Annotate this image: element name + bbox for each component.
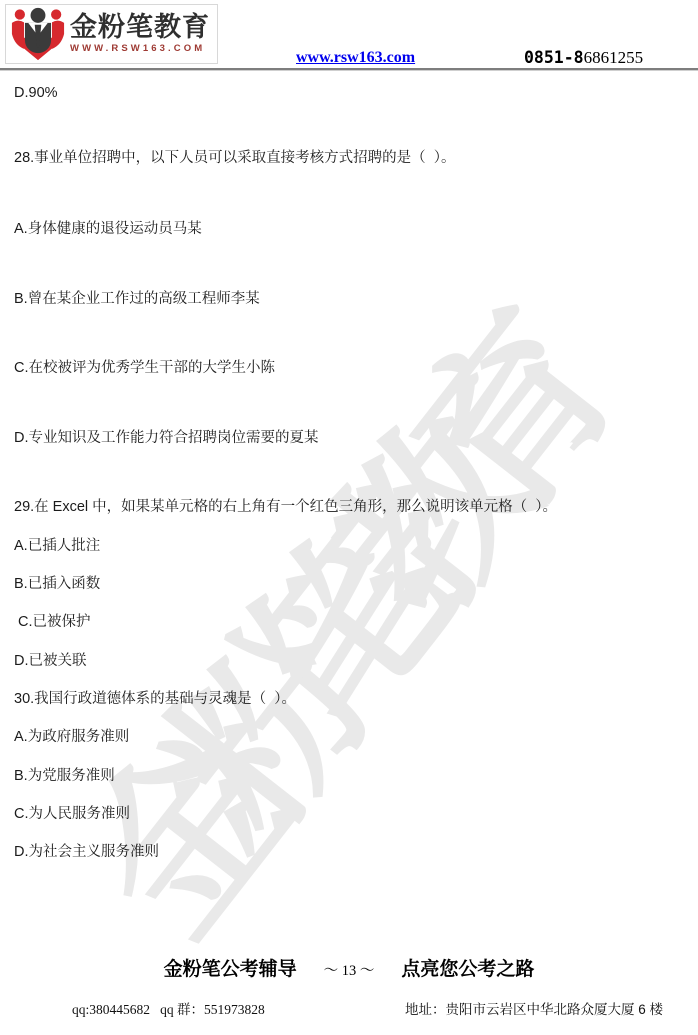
answer-option: D.90% <box>14 85 58 102</box>
footer-page-number: ～ 13 ～ <box>324 959 375 980</box>
footer-main: 金粉笔公考辅导 ～ 13 ～ 点亮您公考之路 <box>0 954 698 981</box>
question-prompt: 30.我国行政道德体系的基础与灵魂是（ ）。 <box>14 691 296 708</box>
phone-number-bold: 0851-8 <box>524 48 584 67</box>
brand-logo-icon <box>10 7 66 61</box>
answer-option: B.曾在某企业工作过的高级工程师李某 <box>14 291 260 308</box>
answer-option: A.身体健康的退役运动员马某 <box>14 221 202 238</box>
answer-option: C.为人民服务准则 <box>14 806 130 823</box>
answer-option: B.为党服务准则 <box>14 768 115 785</box>
footer-qq-contacts: qq:380445682 qq 群：551973828 <box>72 998 265 1018</box>
footer-brand: 金粉笔公考辅导 <box>164 954 297 981</box>
website-link[interactable]: www.rsw163.com <box>296 50 415 66</box>
answer-option: C.已被保护 <box>14 614 91 631</box>
answer-option: A.为政府服务准则 <box>14 729 129 746</box>
footer-sub: qq:380445682 qq 群：551973828 地址：贵阳市云岩区中华北… <box>0 998 698 1018</box>
logo-website: WWW.RSW163.COM <box>70 44 205 54</box>
document-page: 金粉笔教育 D.90% 28.事业单位招聘中，以下人员可以采取直接考核方式招聘的… <box>0 0 698 1035</box>
answer-option: B.已插入函数 <box>14 576 100 593</box>
footer-address: 地址：贵阳市云岩区中华北路众厦大厦 6 楼 <box>405 998 663 1018</box>
document-body: D.90% 28.事业单位招聘中，以下人员可以采取直接考核方式招聘的是（ ）。 … <box>0 0 698 1035</box>
answer-option: A.已插人批注 <box>14 538 100 555</box>
answer-option: D.专业知识及工作能力符合招聘岗位需要的夏某 <box>14 430 319 447</box>
logo: 金粉笔教育 WWW.RSW163.COM <box>5 4 218 64</box>
answer-option: D.已被关联 <box>14 653 87 670</box>
phone-number: 0851-86861255 <box>524 49 643 67</box>
logo-text: 金粉笔教育 WWW.RSW163.COM <box>70 14 210 54</box>
logo-title: 金粉笔教育 <box>70 14 210 41</box>
header-divider <box>0 68 698 71</box>
question-prompt: 28.事业单位招聘中，以下人员可以采取直接考核方式招聘的是（ ）。 <box>14 150 455 167</box>
phone-number-regular: 6861255 <box>584 48 644 67</box>
question-prompt: 29.在 Excel 中，如果某单元格的右上角有一个红色三角形，那么说明该单元格… <box>14 499 557 516</box>
page-header: 金粉笔教育 WWW.RSW163.COM www.rsw163.com 0851… <box>0 0 698 72</box>
answer-option: C.在校被评为优秀学生干部的大学生小陈 <box>14 360 275 377</box>
answer-option: D.为社会主义服务准则 <box>14 844 159 861</box>
footer-slogan: 点亮您公考之路 <box>401 954 534 981</box>
